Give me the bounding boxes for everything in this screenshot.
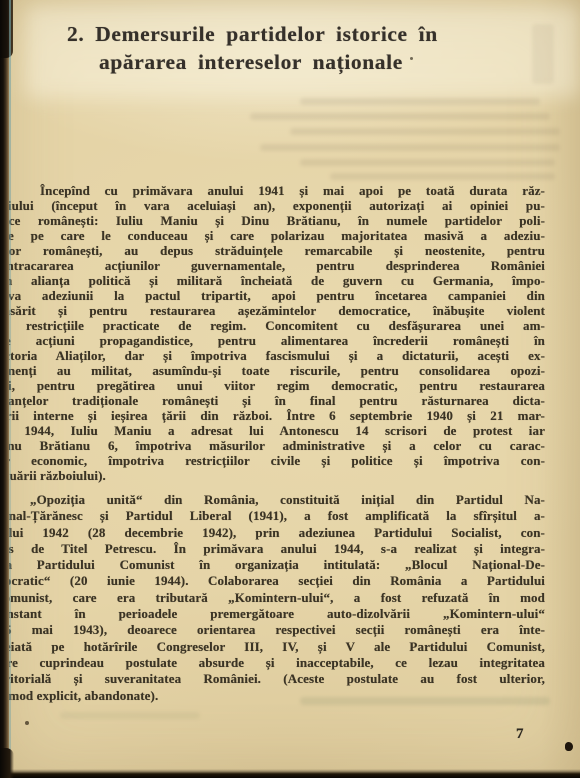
book-page: 2. Demersurile partidelor istorice în ap… xyxy=(0,0,580,778)
text-line: victoria Aliaților, dar și împotriva fas… xyxy=(0,348,545,363)
body-paragraph-2: „Opoziția unită“ din România, constituit… xyxy=(0,492,545,704)
bleedthrough-smudge xyxy=(300,697,550,705)
text-line: Comunist, care era tributară „Komintern-… xyxy=(0,590,545,606)
text-line: boiului (început în vara aceluiași an), … xyxy=(0,198,545,213)
bleedthrough-smudge xyxy=(330,173,555,180)
text-line: constant în perioadele premergătoare aut… xyxy=(0,606,545,622)
text-line: ter economic, împotriva restricțiilor ci… xyxy=(0,453,545,468)
ink-speck xyxy=(25,721,29,725)
bleedthrough-smudge xyxy=(60,712,200,719)
ink-speck xyxy=(565,742,573,751)
ink-speck xyxy=(410,57,413,60)
text-line: ple acțiuni propagandistice, pentru alim… xyxy=(0,333,545,348)
text-line: țional-Țărănesc și Partidul Liberal (194… xyxy=(0,508,545,524)
binding-edge-highlight xyxy=(9,0,11,778)
bleedthrough-smudge xyxy=(250,113,550,120)
text-line: de restricțiile practicate de regim. Con… xyxy=(0,318,545,333)
text-line: (15 mai 1943), deoarece orientarea respe… xyxy=(0,622,545,638)
page-number: 7 xyxy=(516,726,524,743)
bleedthrough-smudge xyxy=(532,24,554,84)
text-line: Începînd cu primăvara anului 1941 și mai… xyxy=(0,183,545,198)
bleedthrough-smudge xyxy=(300,159,555,166)
text-line: rea Partidului Comunist în organizația i… xyxy=(0,557,545,573)
text-line: contracararea acțiunilor guvernamentale,… xyxy=(0,258,545,273)
text-line: ției, pentru pregătirea unui viitor regi… xyxy=(0,378,545,393)
bleedthrough-smudge xyxy=(260,144,560,151)
text-line: „Opoziția unită“ din România, constituit… xyxy=(0,492,545,508)
bleedthrough-smudge xyxy=(290,128,560,135)
text-line: tice pe care le conduceau și care polari… xyxy=(0,228,545,243)
text-line: Dinu Brătianu 6, împotriva măsurilor adm… xyxy=(0,438,545,453)
text-line: mocratic“ (20 iunie 1944). Colaborarea s… xyxy=(0,573,545,589)
section-heading-line2: apărarea intereselor naționale xyxy=(99,50,403,75)
text-line: nilor românești, au depus străduințele r… xyxy=(0,243,545,258)
scan-edge-bottom xyxy=(0,769,580,778)
text-line: tinuării războiului). xyxy=(0,468,545,483)
text-line: care cuprindeau postulate absurde și ina… xyxy=(0,655,545,671)
text-line: Răsărit și pentru restaurarea așezăminte… xyxy=(0,303,545,318)
binding-shadow-left xyxy=(0,0,9,778)
text-line: triva adeziunii la pactul tripartit, apo… xyxy=(0,288,545,303)
text-line: turii interne și ieșirea țării din războ… xyxy=(0,408,545,423)
bleedthrough-smudge xyxy=(300,98,540,105)
text-line: din alianța politică și militară încheia… xyxy=(0,273,545,288)
body-paragraph-1: Începînd cu primăvara anului 1941 și mai… xyxy=(0,183,545,483)
text-line: blice românești: Iuliu Maniu și Dinu Bră… xyxy=(0,213,545,228)
binding-shadow-left-top xyxy=(0,0,13,58)
section-heading-line1: 2. Demersurile partidelor istorice în xyxy=(67,22,438,47)
text-line: alianțelor tradiționale românești și în … xyxy=(0,393,545,408)
scan-edge-corner xyxy=(0,748,14,778)
text-line: ponenți au militat, asumîndu-și toate ri… xyxy=(0,363,545,378)
text-line: nului 1942 (28 decembrie 1942), prin ade… xyxy=(0,525,545,541)
text-line: meiată pe hotărîrile Congreselor III, IV… xyxy=(0,639,545,655)
text-line: teritorială și suveranitatea României. (… xyxy=(0,671,545,687)
text-line: dus de Titel Petrescu. În primăvara anul… xyxy=(0,541,545,557)
text-line: tie 1944, Iuliu Maniu a adresat lui Anto… xyxy=(0,423,545,438)
